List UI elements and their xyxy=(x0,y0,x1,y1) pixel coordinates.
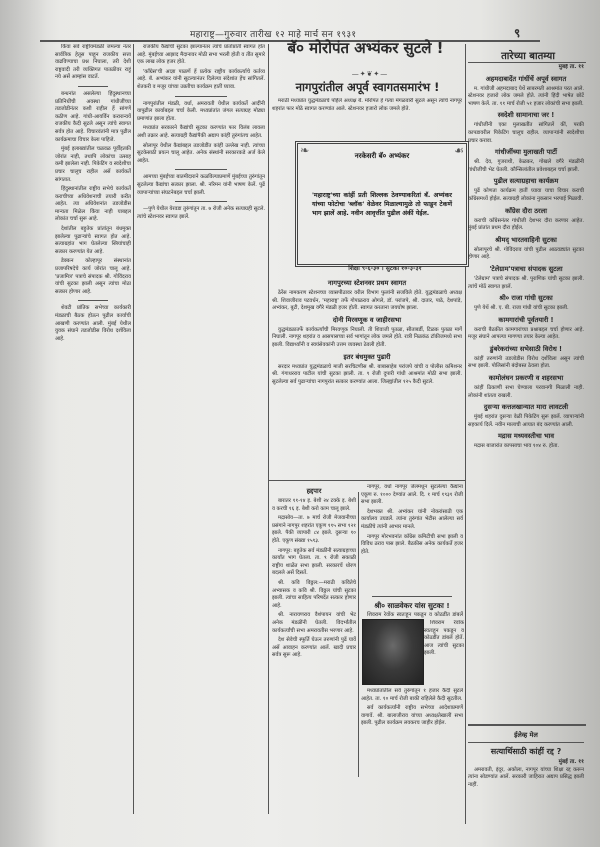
divider xyxy=(175,96,226,97)
paragraph: श्री. नारायणराव वैशंपायन यांची भेट अनेक … xyxy=(272,612,356,635)
column-divider xyxy=(268,44,269,814)
paragraph: कांहीं ठिकाणीं सभा घेण्याला परवानगी मिळा… xyxy=(468,385,584,400)
lead-story-sections: नागपुरच्या स्टेशनवर प्रथम स्वागत ठेरेंस … xyxy=(272,276,462,480)
section-title: डुंबरेकरांच्या सभेसाठी विरोध ! xyxy=(468,345,584,354)
paragraph: बारातर ११-१४ इ. बेशी २४ टक्के इ. बेशी व … xyxy=(272,498,356,513)
leaf-ornament-icon: ☙ xyxy=(454,144,464,157)
paragraph: डेक्कन कोल्हापूर संस्थानांत प्रजापरिषदेच… xyxy=(55,258,131,296)
section-title: स्वदेशी सामानाचा जर ! xyxy=(468,111,584,120)
hudahuda-column: हद्दपार बारातर ११-१४ इ. बेशी २४ टक्के इ.… xyxy=(272,484,356,814)
frame-caption: शिक्षा ९-६-३० । सुटका १०-३-३१ xyxy=(310,264,460,272)
paragraph: राजकीय कैद्यांची सुटका झाल्यानंतर त्यांच… xyxy=(137,44,265,67)
ornament-divider: —✦❦✦— xyxy=(300,70,440,78)
paragraph: कांहीं तरुणांनी तडजोडीस विरोध दर्शविला अ… xyxy=(468,356,584,371)
lead-subheadline: नागपुरांतील अपूर्व स्वागतसमारंभ ! xyxy=(270,80,465,95)
paragraph: मध्यप्रांतांतील सर्व तुरुंगांतून १ हजार … xyxy=(361,688,463,703)
divider xyxy=(175,169,226,170)
page-shadow xyxy=(0,0,60,847)
paragraph: मुंबई इलाख्यांतील चळवळ पूर्वीइतकी जोरांत… xyxy=(55,146,131,184)
paragraph: आमच्या मुंबईच्या बातमीदाराने कळविल्याप्र… xyxy=(137,174,265,197)
paragraph: युद्धमंडळातर्फे कार्यकर्त्यांची मिरवणूक … xyxy=(272,327,462,350)
paragraph: मराठी मध्यप्रांत युद्धमंडळाचे पहिले अध्य… xyxy=(272,98,462,113)
paragraph: मद्रासोय—ता. ७ मार्च रोजी मेजवानीच्या प्… xyxy=(272,515,356,545)
paragraph: बन्धनांत असलेल्या हिंदुस्थानच्या प्रतिनि… xyxy=(55,91,131,144)
lead-headline: बॅ० मोरोपंत अभ्यंकर सुटले ! xyxy=(268,38,463,58)
section-title: अहमदाबादेंत गांधींचें अपूर्व स्वागत xyxy=(468,75,584,84)
lead-intro: मराठी मध्यप्रांत युद्धमंडळाचे पहिले अध्य… xyxy=(272,98,462,138)
paragraph: कराची बैठकीत कामगारांच्या प्रश्नाबद्दल च… xyxy=(468,327,584,342)
section-title: पुढील सत्याग्रहाचा कार्यक्रम xyxy=(468,177,584,186)
dateline: मुंबई ता. ११ xyxy=(468,64,584,72)
section-title: दुसऱ्या कत्तलखान्यात मारा लावटली xyxy=(468,403,584,412)
section-label: ईलेव्ह मेल xyxy=(468,731,584,740)
paragraph: पुढें कोणता कार्यक्रम हातीं घ्यावा याचा … xyxy=(468,188,584,203)
section-title: हद्दपार xyxy=(272,487,356,496)
paragraph: नागपूर मोरभवनांत काँग्रेस कमिटीची सभा झा… xyxy=(361,534,463,554)
nagpur-report: नागपूर, वर्धा नागपूर जेलमधून सुटलेल्या क… xyxy=(361,484,463,554)
paragraph: 'काँग्रेस'ची आज्ञा पाळणें हें प्रत्येक र… xyxy=(137,69,265,92)
frame-body: 'महाराष्ट्र'च्या कांहीं प्रती शिल्लक ठेव… xyxy=(312,191,452,218)
divider xyxy=(175,201,226,202)
divider xyxy=(78,300,108,301)
column-divider xyxy=(133,44,134,814)
section-title: गांधीजींच्या मुलाखती पार्टी xyxy=(468,148,584,157)
paragraph: नागपूर: बहुतेक सर्व मंडळींनी सत्याग्रहाच… xyxy=(272,548,356,578)
photo-side-text: शिवराम रेवोंक स्वतःहून पकडून व कोठडींत ड… xyxy=(424,620,464,684)
paragraph: —पुणे येथील येरवडा तुरुंगांतून ता. ७ रोज… xyxy=(137,206,265,221)
portrait-photo xyxy=(362,619,424,685)
newspaper-page: महाराष्ट्र—गुरुवार तारीख १२ माहे मार्च स… xyxy=(0,0,600,847)
section-title: मद्रास मध्यवस्तीचा भाव xyxy=(468,432,584,441)
page-number: ९ xyxy=(514,24,520,41)
paragraph: शेवटी प्रांतिक सभेच्या कार्यकारी मंडळाची… xyxy=(55,305,131,343)
second-column-article: राजकीय कैद्यांची सुटका झाल्यानंतर त्यांच… xyxy=(137,44,265,814)
paragraph: मध्यप्रांत सरकारने कैद्यांची सुटका करण्य… xyxy=(137,125,265,140)
section-title: 'टेलेग्राम'पत्राचा संपादक सुटला xyxy=(468,265,584,274)
frame-title: नरकेसरी बॅ० अभ्यंकर xyxy=(298,152,466,161)
section-title: नागपुरच्या स्टेशनवर प्रथम स्वागत xyxy=(272,279,462,288)
paragraph: नागपुरांतील मंडळी, वर्धा, अमरावती येथील … xyxy=(137,101,265,124)
divider xyxy=(78,86,108,87)
section-divider xyxy=(468,724,586,726)
section-title: सत्यार्थिसाठी कांहीं रद्द ? xyxy=(468,746,584,757)
telegram-news-column: मुंबई ता. ११ अहमदाबादेंत गांधींचें अपूर्… xyxy=(468,64,584,724)
paragraph: 'टेलेग्राम' पत्राचे संपादक श्री. पुराणिक… xyxy=(468,276,584,291)
paragraph: ठेरेंस नामकरण स्टेशनच्या व्यासपीठावर वरी… xyxy=(272,290,462,313)
column-divider xyxy=(358,492,359,777)
paragraph: सर्व कार्यकर्त्यांनी राष्ट्रीय सभेच्या आ… xyxy=(361,705,463,728)
paragraph: देश सेवेची स्फूर्ति घेऊन तरुणांनी पुढें … xyxy=(272,637,356,660)
paragraph: मद्रास बाजारांत कापसाचा भाव १०४ रु. होता… xyxy=(468,443,584,451)
photo-placeholder-frame: ❧ ☙ नरकेसरी बॅ० अभ्यंकर 'महाराष्ट्र'च्या… xyxy=(295,141,469,267)
section-title: श्री० राजा गांधी सुटका xyxy=(468,294,584,303)
section-divider xyxy=(468,742,584,743)
paragraph: शिवराम रेवोंक स्वतःहून पकडून व कोठडींत ड… xyxy=(424,620,464,658)
section-title: इतर बंधमुक्त पुढारी xyxy=(272,353,462,362)
nagpur-report-continued: मध्यप्रांतांतील सर्व तुरुंगांतून १ हजार … xyxy=(361,688,463,808)
paragraph: गांधीजींनी एका मुलाखतींत सांगितलें कीं, … xyxy=(468,122,584,145)
left-column-article: किंवा सर्व राष्ट्रीयमंडळी जमल्या नंतर सा… xyxy=(55,44,131,814)
dateline: मुंबई ता. ११ xyxy=(468,759,584,767)
photo-story-header: श्री० साळवेकर यांस सुटका ! शिवराम रेवोंक… xyxy=(361,598,463,618)
paragraph: मुंबई शहरांत दुसऱ्या वेळीं पिकेटिंग सुरू… xyxy=(468,414,584,429)
paragraph: श्री. कवि विठ्ठल:—मराठी कवितेचे अभ्यासक … xyxy=(272,580,356,610)
photo-story-title: श्री० साळवेकर यांस सुटका ! xyxy=(361,601,463,610)
paragraph: हिंदुस्थानांतील राष्ट्रीय सभेचे कार्यकर्… xyxy=(55,186,131,224)
section-title: कामगारांची पूर्वतयारी ! xyxy=(468,316,584,325)
telegram-bottom: ईलेव्ह मेल सत्यार्थिसाठी कांहीं रद्द ? म… xyxy=(468,728,584,808)
section-title: श्रीमद् भारतवाहिनी सुटका xyxy=(468,236,584,245)
paragraph: पुणे येथें श्री. ए. बी. राजा गांधी यांची… xyxy=(468,305,584,313)
paragraph: अमरावती, इंदूर, अकोला, नागपूर यांच्या शि… xyxy=(468,767,584,790)
paragraph: सोलापूरचे श्री. गोविंदराव यांची पुढील आठ… xyxy=(468,247,584,262)
section-divider xyxy=(372,596,452,597)
paragraph: देशांतील बहुतेक प्रांतांतून बंधमुक्त झाल… xyxy=(55,226,131,256)
section-title: कामोलंघन प्रकरणी व शहरसभा xyxy=(468,374,584,383)
section-divider xyxy=(468,62,586,63)
paragraph: सरदार मध्यप्रांत युद्धमंडळाचे माजी सरचिट… xyxy=(272,364,462,387)
paragraph: सोलापूर येथील कैद्यांबद्दल तडजोडींत कांह… xyxy=(137,143,265,166)
leaf-ornament-icon: ❧ xyxy=(300,144,309,157)
section-title: दोनी मिरवणूक व जाहीरसभा xyxy=(272,316,462,325)
paragraph: नागपूर, वर्धा नागपूर जेलमधून सुटलेल्या क… xyxy=(361,484,463,507)
section-title: काँग्रेस दौरा ठरला xyxy=(468,207,584,216)
paragraph: शिवराम रेवोंक स्वतःहून पकडून व कोठडींत ड… xyxy=(361,612,463,618)
section-divider xyxy=(268,480,465,481)
paragraph: म. गांधीजी अहमदाबाद येथें साबरमती आश्रमा… xyxy=(468,86,584,109)
paragraph: किंवा सर्व राष्ट्रीयमंडळी जमल्या नंतर सा… xyxy=(55,44,131,82)
paragraph: कराची काँग्रेसनंतर गांधीजी देशभर दौरा कर… xyxy=(468,218,584,233)
paragraph: देशभक्त श्री. अभ्यंकर यांनी नोकरांसाठी ए… xyxy=(361,509,463,532)
paragraph: श्री. देव, गुजराथी, केळकर, गोखले वगैरे म… xyxy=(468,159,584,174)
right-column-title: तारेच्या बातम्या xyxy=(473,48,583,62)
